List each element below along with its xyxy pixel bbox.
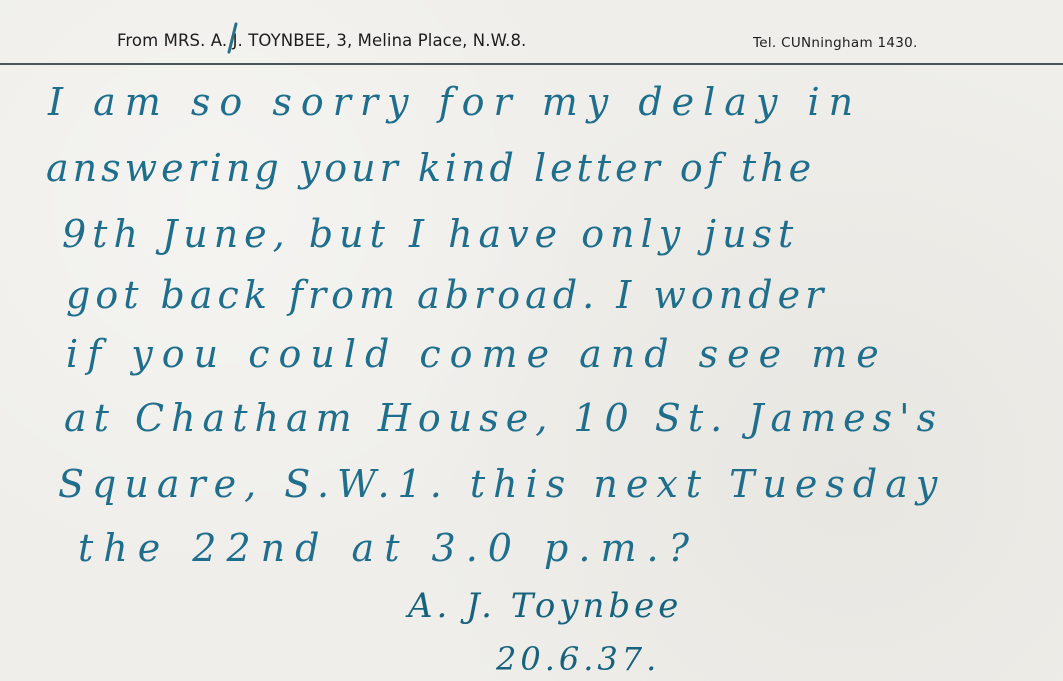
- sender-address: From MRS. A. J. TOYNBEE, 3, Melina Place…: [117, 31, 526, 50]
- postcard: From MRS. A. J. TOYNBEE, 3, Melina Place…: [0, 0, 1063, 681]
- telephone-number: Tel. CUNningham 1430.: [753, 35, 918, 51]
- message-line: if you could come and see me: [66, 332, 888, 376]
- header-divider: [0, 63, 1063, 65]
- message-line: the 22nd at 3.0 p.m.?: [78, 526, 699, 570]
- message-line: Square, S.W.1. this next Tuesday: [58, 462, 945, 506]
- handwritten-message: I am so sorry for my delay in answering …: [0, 66, 1063, 681]
- message-line: 9th June, but I have only just: [62, 212, 799, 256]
- signature-date: 20.6.37.: [496, 640, 660, 678]
- letterhead: From MRS. A. J. TOYNBEE, 3, Melina Place…: [0, 0, 1063, 64]
- message-line: at Chatham House, 10 St. James's: [64, 396, 943, 440]
- signature: A. J. Toynbee: [408, 586, 682, 626]
- message-line: answering your kind letter of the: [46, 146, 815, 190]
- message-line: I am so sorry for my delay in: [48, 80, 862, 124]
- message-line: got back from abroad. I wonder: [66, 273, 828, 317]
